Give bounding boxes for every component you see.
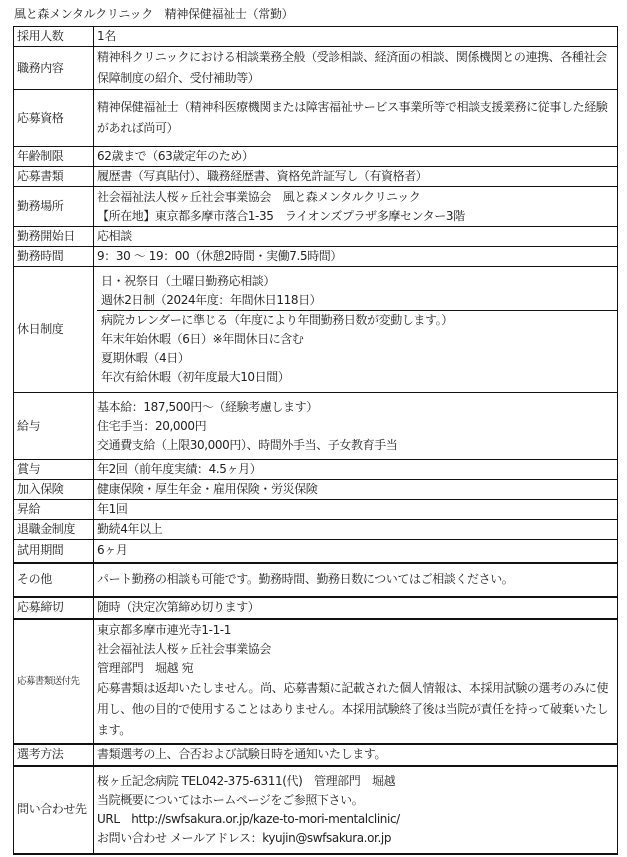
row-value-insurance: 健康保険・厚生年金・雇用保険・労災保険: [94, 480, 618, 500]
table-row: 問い合わせ先 桜ヶ丘記念病院 TEL042-375-6311(代) 管理部門 堀…: [14, 766, 618, 854]
homepage-url[interactable]: URL http://swfsakura.or.jp/kaze-to-mori-…: [97, 810, 617, 829]
row-value-salary: 基本給：187,500円～（経験考慮します） 住宅手当：20,000円 交通費支…: [94, 393, 618, 460]
row-value-deadline: 随時（決定次第締め切ります）: [94, 597, 618, 619]
job-details-table: 採用人数 1名 職務内容 精神科クリニックにおける相談業務全般（受診相談、経済面…: [13, 26, 618, 855]
table-row: 勤務場所 社会福祉法人桜ヶ丘社会事業協会 風と森メンタルクリニック 【所在地】東…: [14, 187, 618, 227]
row-label-age-limit: 年齢制限: [14, 147, 94, 167]
row-label-holidays: 休日制度: [14, 267, 94, 393]
row-label-selection: 選考方法: [14, 744, 94, 766]
table-row: 昇給 年1回: [14, 500, 618, 520]
row-value-working-hours: 9：30 ～ 19：00（休憩2時間・実働7.5時間）: [94, 247, 618, 267]
row-value-retirement: 勤続4年以上: [94, 520, 618, 540]
row-label-bonus: 賞与: [14, 460, 94, 480]
row-value-raise: 年1回: [94, 500, 618, 520]
row-label-probation: 試用期間: [14, 540, 94, 563]
row-value-age-limit: 62歳まで（63歳定年のため）: [94, 147, 618, 167]
row-label-workplace: 勤務場所: [14, 187, 94, 227]
row-label-other: その他: [14, 563, 94, 597]
row-value-documents: 履歴書（写真貼付）、職務経歴書、資格免許証写し（有資格者）: [94, 167, 618, 187]
table-row: 加入保険 健康保険・厚生年金・雇用保険・労災保険: [14, 480, 618, 500]
row-value-probation: 6ヶ月: [94, 540, 618, 563]
table-row: 職務内容 精神科クリニックにおける相談業務全般（受診相談、経済面の相談、関係機関…: [14, 47, 618, 90]
table-row: 給与 基本給：187,500円～（経験考慮します） 住宅手当：20,000円 交…: [14, 393, 618, 460]
row-value-selection: 書類選考の上、合否および試験日時を通知いたします。: [94, 744, 618, 766]
page-title: 風と森メンタルクリニック 精神保健福祉士（常勤）: [14, 7, 293, 21]
table-row: その他 パート勤務の相談も可能です。勤務時間、勤務日数についてはご相談ください。: [14, 563, 618, 597]
table-row: 休日制度 日・祝祭日（土曜日勤務応相談） 週休2日制（2024年度：年間休日11…: [14, 267, 618, 393]
table-row: 勤務時間 9：30 ～ 19：00（休憩2時間・実働7.5時間）: [14, 247, 618, 267]
row-value-workplace: 社会福祉法人桜ヶ丘社会事業協会 風と森メンタルクリニック 【所在地】東京都多摩市…: [94, 187, 618, 227]
table-row: 選考方法 書類選考の上、合否および試験日時を通知いたします。: [14, 744, 618, 766]
row-label-raise: 昇給: [14, 500, 94, 520]
row-label-send-to: 応募書類送付先: [14, 619, 94, 744]
row-label-qualifications: 応募資格: [14, 90, 94, 147]
table-row: 試用期間 6ヶ月: [14, 540, 618, 563]
holidays-block-weekly: 日・祝祭日（土曜日勤務応相談） 週休2日制（2024年度：年間休日118日）: [97, 272, 617, 310]
row-value-bonus: 年2回（前年度実績：4.5ヶ月）: [94, 460, 618, 480]
table-row: 賞与 年2回（前年度実績：4.5ヶ月）: [14, 460, 618, 480]
table-row: 年齢制限 62歳まで（63歳定年のため）: [14, 147, 618, 167]
holidays-block-calendar: 病院カレンダーに準じる（年度により年間勤務日数が変動します。） 年末年始休暇（6…: [97, 310, 617, 387]
table-row: 応募書類送付先 東京都多摩市連光寺1-1-1 社会福祉法人桜ヶ丘社会事業協会 管…: [14, 619, 618, 744]
row-value-qualifications: 精神保健福祉士（精神科医療機関または障害福祉サービス事業所等で相談支援業務に従事…: [94, 90, 618, 147]
row-label-hiring-count: 採用人数: [14, 27, 94, 47]
table-row: 退職金制度 勤続4年以上: [14, 520, 618, 540]
row-label-working-hours: 勤務時間: [14, 247, 94, 267]
row-label-start-date: 勤務開始日: [14, 227, 94, 247]
row-label-deadline: 応募締切: [14, 597, 94, 619]
row-value-send-to: 東京都多摩市連光寺1-1-1 社会福祉法人桜ヶ丘社会事業協会 管理部門 堀越 宛…: [94, 619, 618, 744]
row-label-duties: 職務内容: [14, 47, 94, 90]
row-value-contact: 桜ヶ丘記念病院 TEL042-375-6311(代) 管理部門 堀越 当院概要に…: [94, 766, 618, 854]
table-row: 応募締切 随時（決定次第締め切ります）: [14, 597, 618, 619]
row-label-documents: 応募書類: [14, 167, 94, 187]
row-label-contact: 問い合わせ先: [14, 766, 94, 854]
table-row: 勤務開始日 応相談: [14, 227, 618, 247]
table-row: 採用人数 1名: [14, 27, 618, 47]
contact-email[interactable]: お問い合わせ メールアドレス：kyujin@swfsakura.or.jp: [97, 829, 617, 848]
row-label-retirement: 退職金制度: [14, 520, 94, 540]
row-value-hiring-count: 1名: [94, 27, 618, 47]
row-value-start-date: 応相談: [94, 227, 618, 247]
row-value-duties: 精神科クリニックにおける相談業務全般（受診相談、経済面の相談、関係機関との連携、…: [94, 47, 618, 90]
table-row: 応募資格 精神保健福祉士（精神科医療機関または障害福祉サービス事業所等で相談支援…: [14, 90, 618, 147]
row-label-salary: 給与: [14, 393, 94, 460]
row-value-holidays: 日・祝祭日（土曜日勤務応相談） 週休2日制（2024年度：年間休日118日） 病…: [94, 267, 618, 393]
row-label-insurance: 加入保険: [14, 480, 94, 500]
table-row: 応募書類 履歴書（写真貼付）、職務経歴書、資格免許証写し（有資格者）: [14, 167, 618, 187]
row-value-other: パート勤務の相談も可能です。勤務時間、勤務日数についてはご相談ください。: [94, 563, 618, 597]
